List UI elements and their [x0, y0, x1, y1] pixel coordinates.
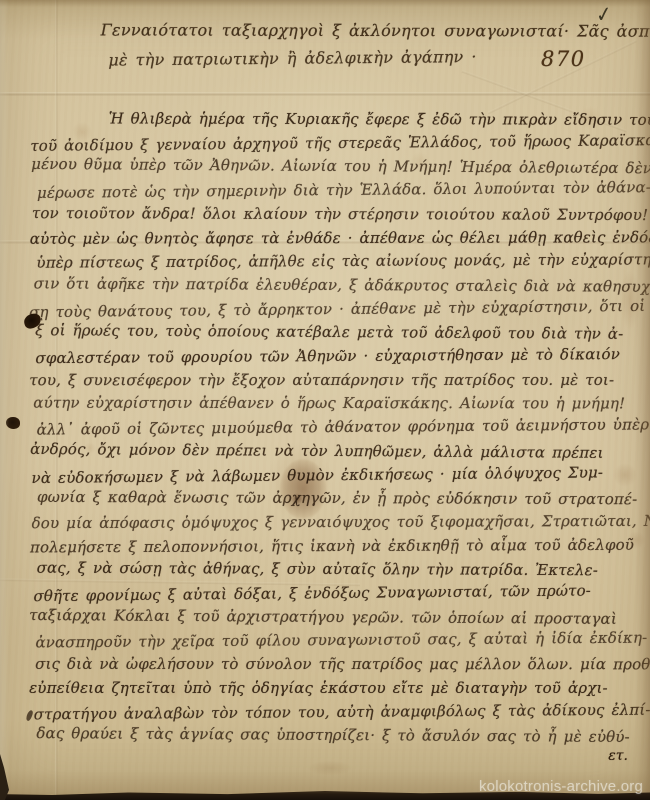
archive-watermark: kolokotronis-archive.org: [479, 778, 643, 795]
letter-body: Ἡ θλιβερὰ ἡμέρα τῆς Κυριακῆς ἔφερε ξ ἐδῶ…: [33, 108, 644, 748]
body-line: τον τοιοῦτον ἄνδρα! ὅλοι κλαίουν τὴν στέ…: [32, 202, 643, 228]
body-line: δας θραύει ξ τὰς ἁγνίας σας ὑποστηρίζει·…: [36, 722, 647, 750]
salutation-line: μὲ τὴν πατριωτικὴν ἢ ἀδελφικὴν ἀγάπην ·: [108, 42, 637, 74]
handwriting-layer: ✓ 870 Γενναιότατοι ταξιαρχηγοὶ ξ ἀκλόνητ…: [0, 0, 650, 800]
body-line: σις διὰ νὰ ὠφελήσουν τὸ σύνολον τῆς πατρ…: [35, 653, 646, 677]
body-line: αύτην εὐχαρίστησιν ἀπέθανεν ὁ ἥρως Καραϊ…: [33, 392, 644, 417]
body-line: φωνία ξ καθαρὰ ἕνωσις τῶν ἀρχηγῶν, ἐν ᾗ …: [37, 486, 648, 512]
body-line: εὐπείθεια ζητεῖται ὑπὸ τῆς ὁδηγίας ἑκάστ…: [29, 677, 640, 701]
body-line: σφαλεστέραν τοῦ φρουρίου τῶν Ἀθηνῶν · εὐ…: [35, 343, 646, 371]
closing-mark: ετ.: [608, 748, 628, 764]
body-line: δου μία ἀπόφασις ὁμόψυχος ξ γενναιόψυχος…: [32, 510, 643, 536]
salutation-line: Γενναιότατοι ταξιαρχηγοὶ ξ ἀκλόνητοι συν…: [101, 16, 644, 44]
body-line: ἀνασπηροῦν τὴν χεῖρα τοῦ φίλου συναγωνισ…: [35, 627, 646, 656]
body-line: αὐτὸς μὲν ὡς θνητὸς ἄφησε τὰ ἐνθάδε · ἀπ…: [30, 226, 641, 251]
body-line: πολεμήσετε ξ πελοποννήσιοι, ἥτις ἱκανὴ ν…: [30, 533, 641, 559]
ink-blot: [6, 417, 20, 429]
body-line: ὑπὲρ πίστεως ξ πατρίδος, ἀπῆλθε εἰς τὰς …: [36, 249, 647, 276]
letter-salutation: Γενναιότατοι ταξιαρχηγοὶ ξ ἀκλόνητοι συν…: [35, 17, 640, 71]
scanned-letter-page: ✓ 870 Γενναιότατοι ταξιαρχηγοὶ ξ ἀκλόνητ…: [0, 0, 650, 800]
body-line: Ἡ θλιβερὰ ἡμέρα τῆς Κυριακῆς ἔφερε ξ ἐδῶ…: [37, 107, 648, 132]
body-line: του, ξ συνεισέφερον τὴν ἔξοχον αὐταπάρνη…: [29, 369, 640, 393]
body-line: μέρωσε ποτὲ ὡς τὴν σημερινὴν διὰ τὴν Ἑλλ…: [37, 176, 648, 205]
